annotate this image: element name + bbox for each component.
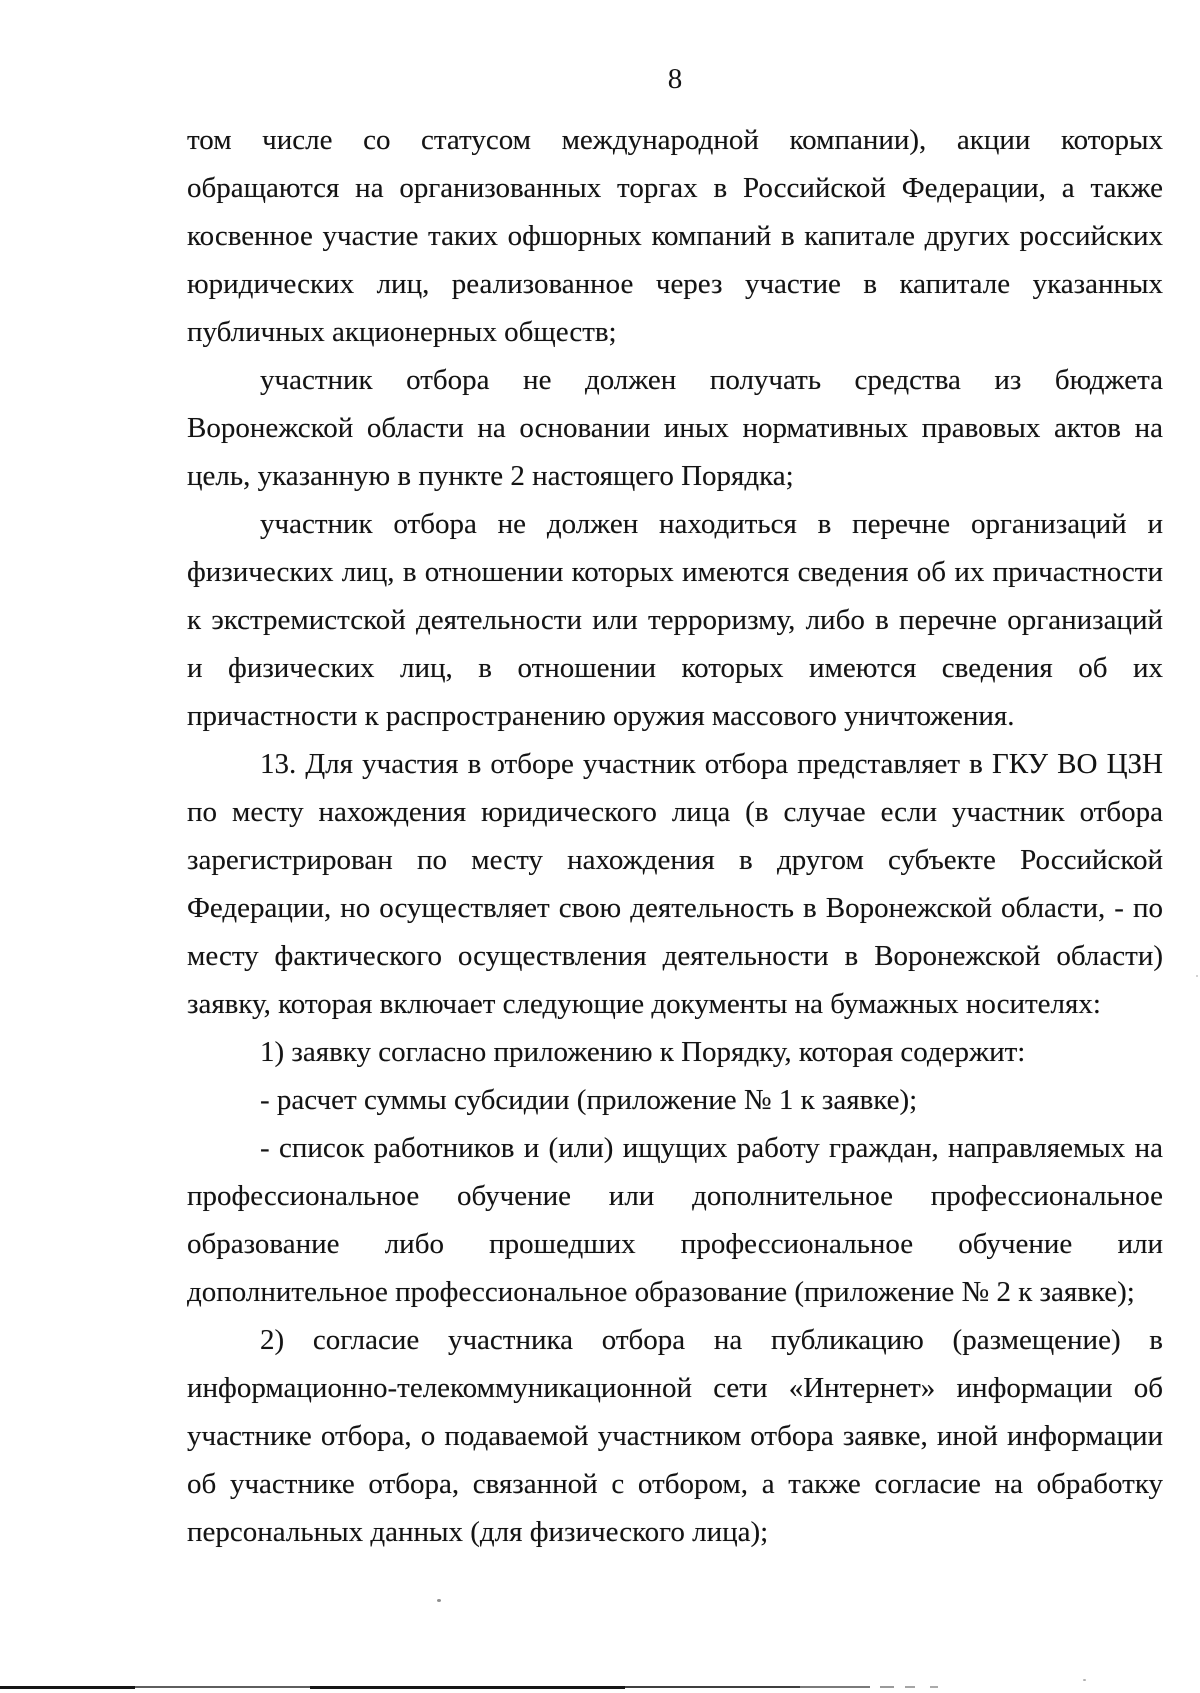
text-line: участник отбора не должен получать средс… [187,356,1163,404]
text-line: к экстремистской деятельности или террор… [187,596,1163,644]
paragraph: 13. Для участия в отборе участник отбора… [187,740,1163,1028]
scan-artifact-line [310,1686,625,1689]
text-line: участнике отбора, о подаваемой участнико… [187,1412,1163,1460]
text-line: обращаются на организованных торгах в Ро… [187,164,1163,212]
scan-speck [437,1599,441,1602]
paragraph: участник отбора не должен получать средс… [187,356,1163,500]
text-line: Федерации, но осуществляет свою деятельн… [187,884,1163,932]
text-line: об участнике отбора, связанной с отбором… [187,1460,1163,1508]
text-line: зарегистрирован по месту нахождения в др… [187,836,1163,884]
text-line: персональных данных (для физического лиц… [187,1508,1163,1556]
paragraph: том числе со статусом международной комп… [187,116,1163,356]
text-line: месту фактического осуществления деятель… [187,932,1163,980]
text-line: косвенное участие таких офшорных компани… [187,212,1163,260]
text-line: образование либо прошедших профессиональ… [187,1220,1163,1268]
page-number: 8 [187,55,1163,103]
text-line: профессиональное обучение или дополнител… [187,1172,1163,1220]
scan-artifact-line [800,1686,870,1688]
text-line: публичных акционерных обществ; [187,308,1163,356]
text-line: участник отбора не должен находиться в п… [187,500,1163,548]
text-line: заявку, которая включает следующие докум… [187,980,1163,1028]
paragraph: - список работников и (или) ищущих работ… [187,1124,1163,1316]
scan-artifact-line [905,1686,915,1688]
text-line: информационно-телекоммуникационной сети … [187,1364,1163,1412]
text-line: Воронежской области на основании иных но… [187,404,1163,452]
scan-artifact-line [625,1686,800,1688]
scan-artifact-line [135,1686,310,1688]
text-line: и физических лиц, в отношении которых им… [187,644,1163,692]
text-line: 13. Для участия в отборе участник отбора… [187,740,1163,788]
scan-artifact-line [0,1686,135,1689]
scanned-document-page: 8 том числе со статусом международной ко… [0,0,1200,1693]
text-line: 1) заявку согласно приложению к Порядку,… [187,1028,1163,1076]
scan-speck [1196,975,1198,977]
text-line: по месту нахождения юридического лица (в… [187,788,1163,836]
scan-artifact-line [880,1686,894,1688]
text-line: 2) согласие участника отбора на публикац… [187,1316,1163,1364]
text-line: дополнительное профессиональное образова… [187,1268,1163,1316]
text-line: причастности к распространению оружия ма… [187,692,1163,740]
scan-speck [1083,1679,1086,1681]
text-line: юридических лиц, реализованное через уча… [187,260,1163,308]
paragraph: 1) заявку согласно приложению к Порядку,… [187,1028,1163,1076]
text-line: том числе со статусом международной комп… [187,116,1163,164]
document-body: том числе со статусом международной комп… [187,116,1163,1556]
paragraph: 2) согласие участника отбора на публикац… [187,1316,1163,1556]
text-line: цель, указанную в пункте 2 настоящего По… [187,452,1163,500]
paragraph: участник отбора не должен находиться в п… [187,500,1163,740]
text-line: - список работников и (или) ищущих работ… [187,1124,1163,1172]
paragraph: - расчет суммы субсидии (приложение № 1 … [187,1076,1163,1124]
text-line: физических лиц, в отношении которых имею… [187,548,1163,596]
text-line: - расчет суммы субсидии (приложение № 1 … [187,1076,1163,1124]
scan-artifact-line [930,1686,938,1688]
